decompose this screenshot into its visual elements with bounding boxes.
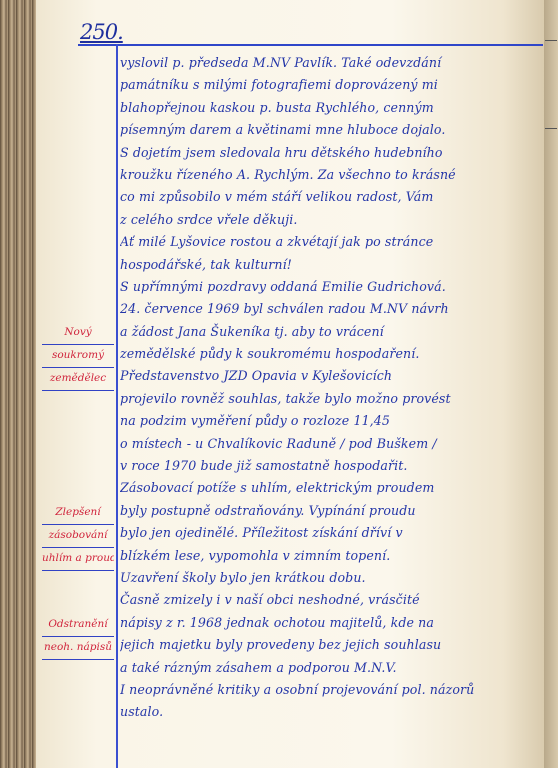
text-line: byly postupně odstraňovány. Vypínání pro… xyxy=(120,500,545,522)
page-number: 250. xyxy=(80,20,123,44)
text-line: zemědělské půdy k soukromému hospodaření… xyxy=(120,343,545,365)
text-line: hospodářské, tak kulturní! xyxy=(120,254,545,276)
facing-page-rule xyxy=(545,40,557,41)
text-line: I neoprávněné kritiky a osobní projevová… xyxy=(120,679,545,701)
note-line: neoh. nápisů xyxy=(42,637,114,660)
text-line: na podzim vyměření půdy o rozloze 11,45 xyxy=(120,410,545,432)
text-line: Zásobovací potíže s uhlím, elektrickým p… xyxy=(120,477,545,499)
book-gutter xyxy=(544,0,558,768)
margin-note-supply-improvement: Zlepšení zásobování uhlím a proudem xyxy=(42,502,114,571)
text-line: Časně zmizely i v naší obci neshodné, vr… xyxy=(120,589,545,611)
text-line: Uzavření školy bylo jen krátkou dobu. xyxy=(120,567,545,589)
text-line: kroužku řízeného A. Rychlým. Za všechno … xyxy=(120,164,545,186)
text-line: blahopřejnou kaskou p. busta Rychlého, c… xyxy=(120,97,545,119)
text-line: projevilo rovněž souhlas, takže bylo mož… xyxy=(120,388,545,410)
facing-page-rule xyxy=(545,128,557,129)
text-line: bylo jen ojedinělé. Příležitost získání … xyxy=(120,522,545,544)
note-line: Odstranění xyxy=(42,614,114,637)
note-line: Nový xyxy=(42,322,114,345)
text-line: jejich majetku byly provedeny bez jejich… xyxy=(120,634,545,656)
text-line: a také rázným zásahem a podporou M.N.V. xyxy=(120,657,545,679)
text-line: písemným darem a květinami mne hluboce d… xyxy=(120,119,545,141)
text-line: S upřímnými pozdravy oddaná Emilie Gudri… xyxy=(120,276,545,298)
text-line: památníku s milými fotografiemi doprováz… xyxy=(120,74,545,96)
text-line: z celého srdce vřele děkuji. xyxy=(120,209,545,231)
margin-note-inscription-removal: Odstranění neoh. nápisů xyxy=(42,614,114,660)
note-line: zemědělec xyxy=(42,368,114,391)
note-line: zásobování xyxy=(42,525,114,548)
text-line: nápisy z r. 1968 jednak ochotou majitelů… xyxy=(120,612,545,634)
margin-rule-line xyxy=(116,44,118,768)
text-line: v roce 1970 bude již samostatně hospodař… xyxy=(120,455,545,477)
text-line: vyslovil p. předseda M.NV Pavlík. Také o… xyxy=(120,52,545,74)
note-line: uhlím a proudem xyxy=(42,548,114,571)
text-line: S dojetím jsem sledovala hru dětského hu… xyxy=(120,142,545,164)
handwritten-chronicle-text: vyslovil p. předseda M.NV Pavlík. Také o… xyxy=(120,52,545,724)
text-line: Představenstvo JZD Opavia v Kylešovicích xyxy=(120,365,545,387)
text-line: o místech - u Chvalíkovic Raduně / pod B… xyxy=(120,433,545,455)
text-line: co mi způsobilo v mém stáří velikou rado… xyxy=(120,186,545,208)
text-line: a žádost Jana Šukeníka tj. aby to vrácen… xyxy=(120,321,545,343)
note-line: Zlepšení xyxy=(42,502,114,525)
text-line: blízkém lese, vypomohla v zimním topení. xyxy=(120,545,545,567)
margin-note-new-private-farmer: Nový soukromý zemědělec xyxy=(42,322,114,391)
book-page-edges xyxy=(0,0,40,768)
text-line: 24. července 1969 byl schválen radou M.N… xyxy=(120,298,545,320)
note-line: soukromý xyxy=(42,345,114,368)
text-line: Ať milé Lyšovice rostou a zkvétají jak p… xyxy=(120,231,545,253)
top-rule-line xyxy=(78,44,543,46)
text-line: ustalo. xyxy=(120,701,545,723)
